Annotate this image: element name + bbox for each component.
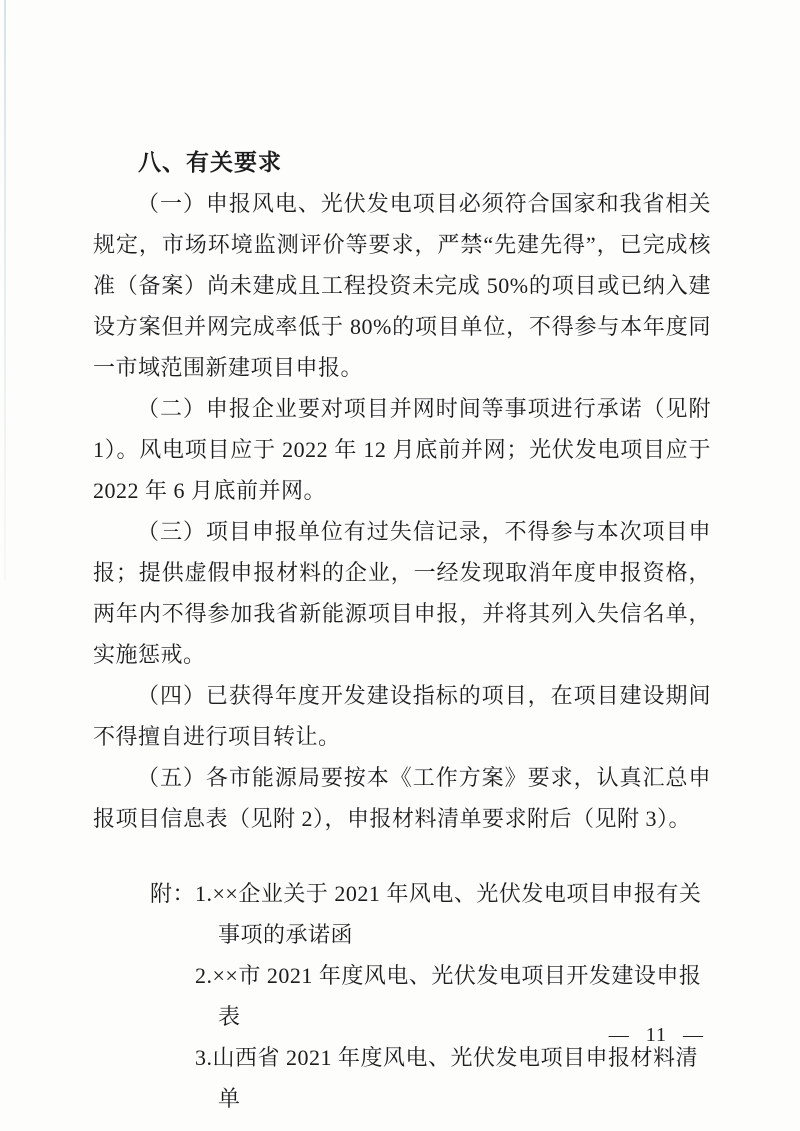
section-heading: 八、有关要求 <box>93 142 711 183</box>
paragraph-5: （五）各市能源局要按本《工作方案》要求，认真汇总申报项目信息表（见附 2），申报… <box>93 757 711 839</box>
attachment-items: 1.××企业关于 2021 年风电、光伏发电项目申报有关事项的承诺函 2.××市… <box>195 873 711 1119</box>
document-content: 八、有关要求 （一）申报风电、光伏发电项目必须符合国家和我省相关规定，市场环境监… <box>93 142 711 1119</box>
paragraph-3: （三）项目申报单位有过失信记录，不得参与本次项目申报；提供虚假申报材料的企业，一… <box>93 511 711 675</box>
page-number: — 11 — <box>0 1022 704 1048</box>
attachment-item-1: 1.××企业关于 2021 年风电、光伏发电项目申报有关事项的承诺函 <box>195 873 711 955</box>
paragraph-1: （一）申报风电、光伏发电项目必须符合国家和我省相关规定，市场环境监测评价等要求，… <box>93 183 711 388</box>
document-page: 八、有关要求 （一）申报风电、光伏发电项目必须符合国家和我省相关规定，市场环境监… <box>0 0 800 1131</box>
paragraph-2: （二）申报企业要对项目并网时间等事项进行承诺（见附 1）。风电项目应于 2022… <box>93 388 711 511</box>
scan-edge-artifact <box>4 0 6 580</box>
attachment-list: 附： 1.××企业关于 2021 年风电、光伏发电项目申报有关事项的承诺函 2.… <box>93 873 711 1119</box>
paragraph-4: （四）已获得年度开发建设指标的项目，在项目建设期间不得擅自进行项目转让。 <box>93 675 711 757</box>
attachment-label: 附： <box>150 873 195 1119</box>
attachment-item-3: 3.山西省 2021 年度风电、光伏发电项目申报材料清单 <box>195 1037 711 1119</box>
